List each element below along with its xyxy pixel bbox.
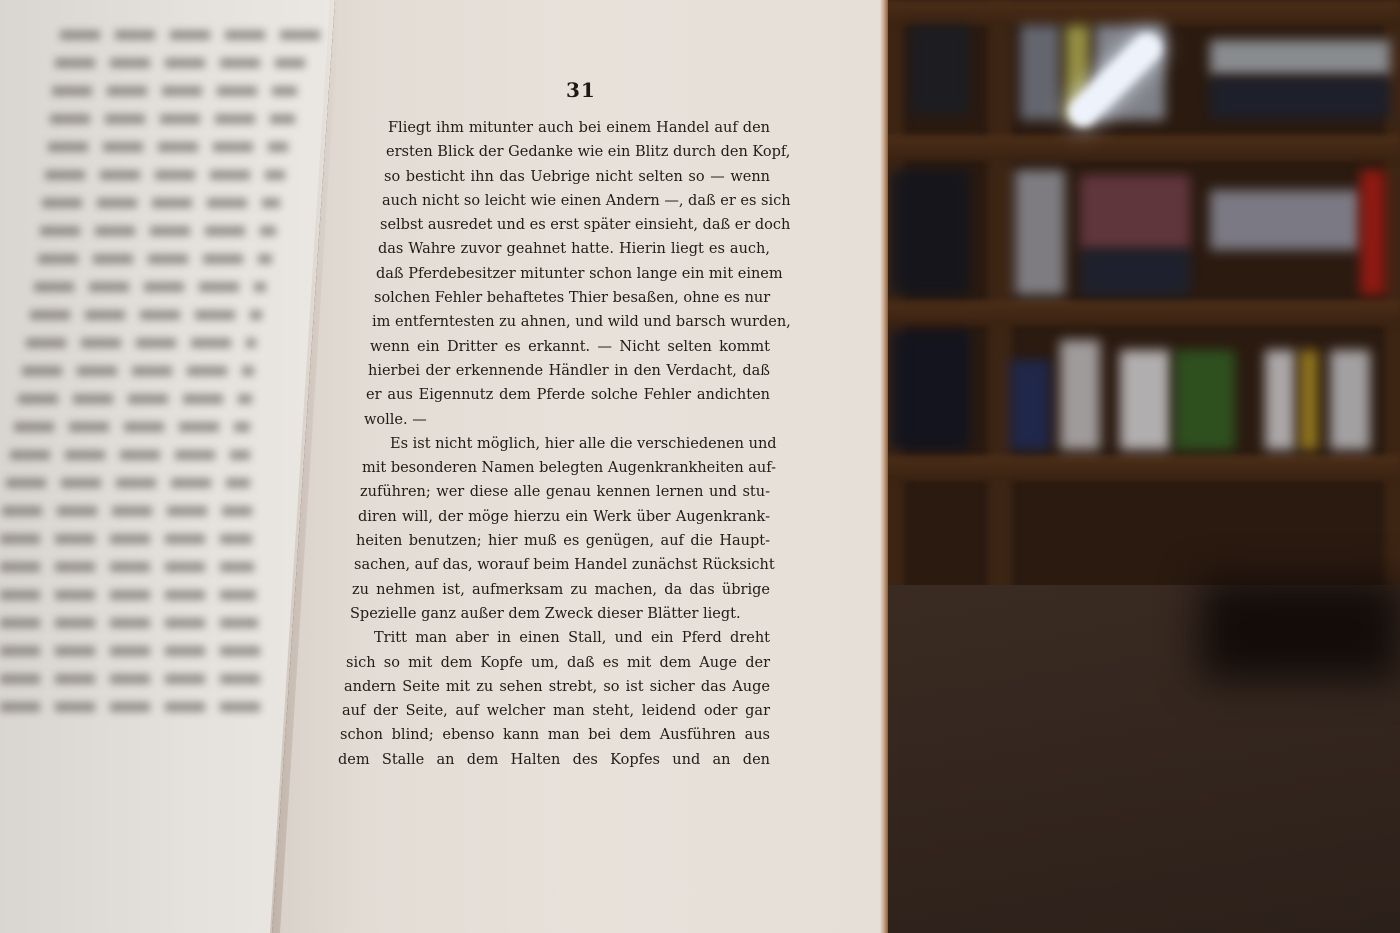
text-line: so besticht ihn das Uebrige nicht selten… [384, 165, 770, 189]
text-line: auf der Seite, auf welcher man steht, le… [342, 699, 770, 723]
page-edge [880, 0, 888, 933]
text-line: sich so mit dem Kopfe um, daß es mit dem… [346, 651, 770, 675]
book-spine [890, 330, 970, 450]
text-line: sachen, auf das, worauf beim Handel zunä… [354, 553, 770, 577]
shelf-board [880, 300, 1400, 326]
text-line: im entferntesten zu ahnen, und wild und … [372, 310, 770, 334]
text-line: hierbei der erkennende Händler in den Ve… [368, 359, 770, 383]
shelf-board [880, 455, 1400, 481]
text-line: wenn ein Dritter es erkannt. — Nicht sel… [370, 335, 770, 359]
text-line: mit besonderen Namen belegten Augenkrank… [362, 456, 770, 480]
book-spine [1265, 350, 1295, 450]
text-line: Spezielle ganz außer dem Zweck dieser Bl… [350, 602, 770, 626]
book-spine [1010, 360, 1050, 450]
text-line: andern Seite mit zu sehen strebt, so ist… [344, 675, 770, 699]
text-line: heiten benutzen; hier muß es genügen, au… [356, 529, 770, 553]
book-spine [1080, 250, 1190, 295]
book-spine [910, 25, 970, 115]
text-line: er aus Eigennutz dem Pferde solche Fehle… [366, 383, 770, 407]
book-spine [1210, 190, 1360, 250]
text-line: auch nicht so leicht wie einen Andern —,… [382, 189, 770, 213]
bookshelf-background [880, 0, 1400, 600]
book-spine [1015, 170, 1065, 295]
left-page-blurred-text [0, 30, 300, 730]
page-text: Fliegt ihm mitunter auch bei einem Hande… [340, 116, 770, 772]
text-line: solchen Fehler behaftetes Thier besaßen,… [374, 286, 770, 310]
text-line: schon blind; ebenso kann man bei dem Aus… [340, 723, 770, 747]
text-line: zu nehmen ist, aufmerksam zu machen, da … [352, 578, 770, 602]
text-line: Es ist nicht möglich, hier alle die vers… [390, 432, 770, 456]
shelf-board [880, 135, 1400, 161]
book-spine [1210, 40, 1390, 75]
text-line: Fliegt ihm mitunter auch bei einem Hande… [388, 116, 770, 140]
book-spine [1080, 175, 1190, 250]
book-spine [1020, 25, 1060, 120]
text-line: diren will, der möge hierzu ein Werk übe… [358, 505, 770, 529]
text-line: selbst ausredet und es erst später einsi… [380, 213, 770, 237]
book-spine [1300, 350, 1318, 450]
page-number: 31 [566, 78, 596, 102]
book-spine [1210, 78, 1390, 118]
book-spine [890, 170, 970, 295]
text-line: ersten Blick der Gedanke wie ein Blitz d… [386, 140, 770, 164]
text-line: dem Stalle an dem Halten des Kopfes und … [338, 748, 770, 772]
text-line: daß Pferdebesitzer mitunter schon lange … [376, 262, 770, 286]
book-spine [1360, 170, 1385, 295]
book-spine [1330, 350, 1370, 450]
book-spine [1120, 350, 1170, 450]
book-spine [1175, 350, 1235, 450]
book-spine [1060, 340, 1100, 450]
text-line: das Wahre zuvor geahnet hatte. Hierin li… [378, 237, 770, 261]
text-line: zuführen; wer diese alle genau kennen le… [360, 480, 770, 504]
table-shadow [1200, 580, 1400, 680]
text-line: wolle. — [364, 408, 770, 432]
text-line: Tritt man aber in einen Stall, und ein P… [374, 626, 770, 650]
shelf-board [880, 0, 1400, 26]
